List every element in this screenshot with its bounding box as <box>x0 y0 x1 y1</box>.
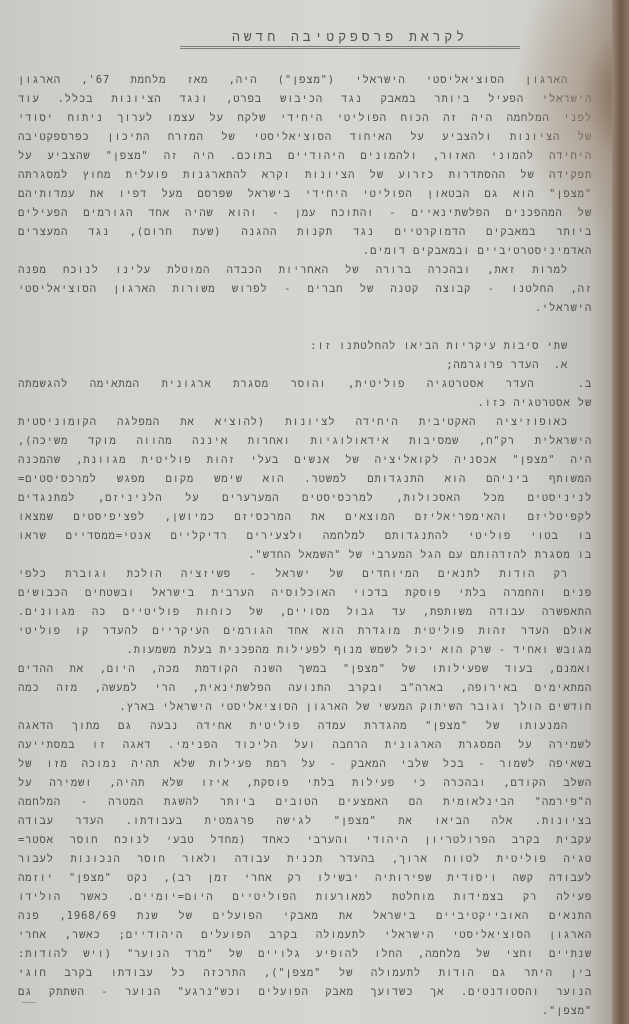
text-line: עקבית בקרב הפרולטריון היהודי והערבי כאחד… <box>18 831 592 850</box>
text-line: התנאים האובייקטיביים בישראל את מאבקי הפו… <box>18 907 592 926</box>
document-title: לקראת פרספקטיבה חדשה <box>180 30 520 49</box>
text-line: בו בטוי פוליטי להתנגדותם למלחמה ולצעירים… <box>18 527 592 546</box>
text-line: בו מסגרת להזדהותם עם הגל המערבי של "השמא… <box>18 546 592 565</box>
text-line: של המהפכנים הפלשתינאיים - והתוכח עמן - ו… <box>18 204 592 223</box>
text-line: הארגון הסוציאליסטי הישראלי ("מצפן") היה,… <box>18 71 592 90</box>
text-line: הישראלי. <box>18 299 592 318</box>
text-line: הארגון הסוציאליסטי הישראלי לתעמולה בקרב … <box>18 926 592 945</box>
text-line: הישראלי הפעיל ביותר במאבק נגד הכיבוש בפר… <box>18 90 592 109</box>
text-line: תפקידה של ההסתדרות כזרוע של הציונות וקרא… <box>18 166 592 185</box>
text-line: ה"פירמה" הבינלאומית הם האמצעים הטובים בי… <box>18 793 592 812</box>
text-line <box>18 318 592 337</box>
text-line: טגיה פוליטית לטווח ארוך, בהעדר תכנית עבו… <box>18 850 592 869</box>
text-line: זה, החלטנו - קבוצה קטנה של חברים - לפרוש… <box>18 280 592 299</box>
text-line: לניניסטים מכל האסכולות, למרכסיסטים המערע… <box>18 489 592 508</box>
text-line: של אסטרטגיה כזו. <box>18 394 592 413</box>
text-line: בשאיפה לשמור - בכל שלבי המאבק - על רמת פ… <box>18 755 592 774</box>
text-line: הנוער והסטודנטים. אך כשדועך מאבק הפועלים… <box>18 983 592 1002</box>
text-line: בציונות. אלה הביאו את "מצפן" לגישה פרגמט… <box>18 812 592 831</box>
text-line: הישראלית רק"ח, שמסיבות אידאולוגיות ואחרו… <box>18 432 592 451</box>
text-line: ואמנם, בעוד שפעילותו של "מצפן" במשך השנה… <box>18 660 592 679</box>
page-edge-shadow <box>612 0 629 1024</box>
text-line: של הציונות ולהצביע על האיחוד הסוציאליסטי… <box>18 128 592 147</box>
text-line: היה "מצפן" אכסניה לקואליציה של אנשים בעל… <box>18 451 592 470</box>
text-line: לעבודה קשה ויסודית שפירותיה יבשילו רק אח… <box>18 869 592 888</box>
text-line: מגובש ואחיד - שרק הוא יכול לשמש מנוף לפע… <box>18 641 592 660</box>
text-line: המתאימים באירופה, בארה"ב ובקרב התנועה הפ… <box>18 679 592 698</box>
text-line: אולם העדר זהות פוליטית מוגדרת הוא אחד הג… <box>18 622 592 641</box>
document-body: הארגון הסוציאליסטי הישראלי ("מצפן") היה,… <box>18 71 592 1021</box>
text-line: למרות זאת, ובהכרה ברורה של האחריות הכבדה… <box>18 261 592 280</box>
text-line: שתי סיבות עיקריות הביאו להחלטתנו זו: <box>18 337 592 356</box>
text-line: לקפיטליזם והאימפריאליזם המוצאים את המרכס… <box>18 508 592 527</box>
text-line: פנים והחמרה בלתי פוסקת בדכוי האוכלוסיה ה… <box>18 584 592 603</box>
text-line: המנעותו של "מצפן" מהגדרת עמדה פוליטית אח… <box>18 717 592 736</box>
text-line: כאופוזיציה האקטיבית היחידה לציונות (להוצ… <box>18 413 592 432</box>
text-line: "מצפן". <box>18 1002 592 1021</box>
text-line: ב. העדר אסטרטגיה פוליטית, והוסר מסגרת אר… <box>18 375 592 394</box>
text-line: רק הודות לתנאים המיוחדים של ישראל - פשיז… <box>18 565 592 584</box>
page-mark <box>22 1002 36 1003</box>
text-line: לפני המלחמה היה זה הכוח הפוליטי היחידי ש… <box>18 109 592 128</box>
text-line: התאפשרה עבודה משותפת, עד גבול מסויים, של… <box>18 603 592 622</box>
text-line: א. העדר פרוגרמה; <box>18 356 592 375</box>
text-line: שנתיים וחצי של מלחמה, החלו להופיע גלויים… <box>18 945 592 964</box>
text-line: חודשים הולך וגובר השיתוק המעשי של הארגון… <box>18 698 592 717</box>
text-line: פעילה רק בצמידות מוחלטת למאורעות הפוליטי… <box>18 888 592 907</box>
text-line: לשמירה על המסגרת הארגונית הרחבה ועל הליכ… <box>18 736 592 755</box>
text-line: בין היתר גם הודות לתעמולה של "מצפן"), הת… <box>18 964 592 983</box>
text-line: היחידה להמוני האזור, ולהמונים היהודיים ב… <box>18 147 592 166</box>
text-line: המשותף ביניהם הוא התנגדותם למשטר. הוא שי… <box>18 470 592 489</box>
text-line: השלב הקודם, ובהכרה כי פעילות בלתי פוסקת,… <box>18 774 592 793</box>
text-line: "מצפן" הוא גם הבטאון הפוליטי היחידי בישר… <box>18 185 592 204</box>
text-line: ביותר במאבקים הדמוקרטיים נגד תקנות ההגנה… <box>18 223 592 242</box>
typewritten-page: לקראת פרספקטיבה חדשה הארגון הסוציאליסטי … <box>0 0 612 1024</box>
text-line: האדמיניסטרטיביים ובמאבקים דומים. <box>18 242 592 261</box>
